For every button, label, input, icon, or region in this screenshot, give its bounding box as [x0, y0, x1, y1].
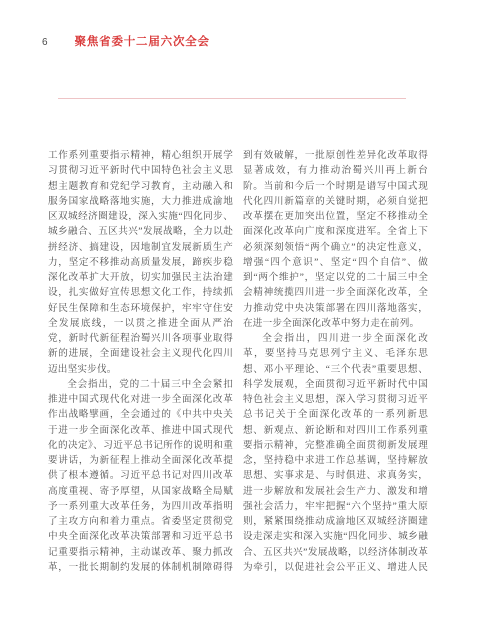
magazine-page: 6 聚焦省委十二届六次全会 工作系列重要指示精神，精心组织开展学习贯彻习近平新时…	[0, 0, 484, 640]
article-body: 工作系列重要指示精神，精心组织开展学习贯彻习近平新时代中国特色社会主义思想主题教…	[48, 148, 428, 581]
section-title: 聚焦省委十二届六次全会	[75, 33, 210, 49]
header-divider	[58, 98, 406, 99]
page-header: 6 聚焦省委十二届六次全会	[42, 33, 210, 49]
page-number: 6	[42, 37, 48, 48]
article-paragraph: 工作系列重要指示精神，精心组织开展学习贯彻习近平新时代中国特色社会主义思想主题教…	[48, 148, 233, 377]
